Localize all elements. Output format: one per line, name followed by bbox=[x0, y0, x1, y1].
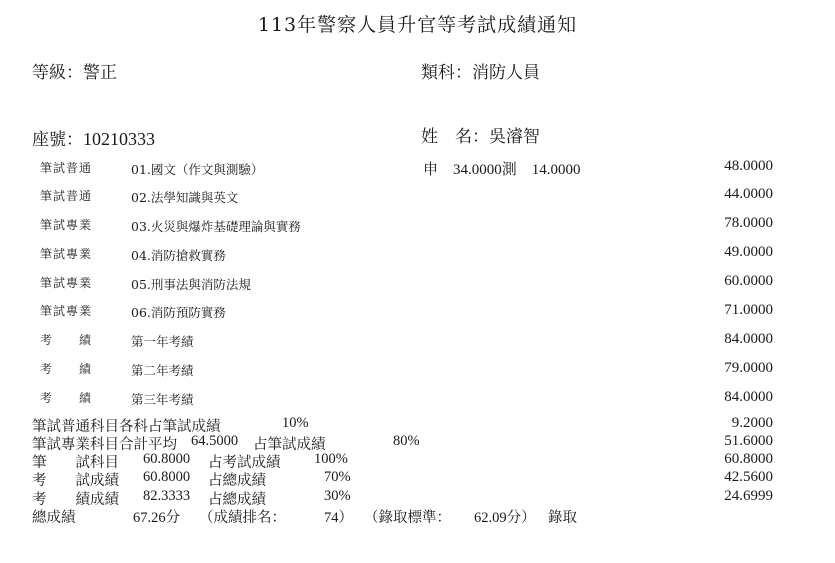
summary-score: 9.2000 bbox=[653, 415, 773, 432]
category-value: 消防人員 bbox=[472, 63, 540, 83]
rank-label: （成績排名： bbox=[199, 506, 286, 527]
summary-pct: 10% bbox=[282, 415, 309, 432]
summary-score: 51.6000 bbox=[653, 433, 773, 450]
subject-score: 60.0000 bbox=[653, 273, 773, 290]
summary-score: 60.8000 bbox=[653, 451, 773, 468]
subject-score: 79.0000 bbox=[653, 360, 773, 377]
grade-field: 等級：警正 bbox=[32, 58, 117, 83]
seat-field: 座號：10210333 bbox=[32, 125, 155, 150]
subject-category: 考 績 bbox=[40, 331, 92, 348]
summary-pct: 30% bbox=[324, 488, 351, 505]
subject-name: 05.刑事法與消防法規 bbox=[131, 275, 251, 293]
subject-name: 第一年考績 bbox=[131, 332, 194, 350]
page-title: 113年警察人員升官等考試成績通知 bbox=[0, 10, 835, 37]
name-label: 姓 名： bbox=[421, 127, 489, 147]
subject-category: 考 績 bbox=[40, 389, 92, 406]
summary-label: 考 試成績 bbox=[32, 469, 119, 490]
subject-name: 02.法學知識與英文 bbox=[131, 188, 238, 206]
subject-name: 04.消防搶救實務 bbox=[131, 246, 226, 264]
total-label: 總成績 bbox=[32, 506, 76, 527]
subject-score: 44.0000 bbox=[653, 186, 773, 203]
category-label: 類科： bbox=[421, 63, 472, 83]
total-score: 67.26分 bbox=[133, 506, 180, 527]
standard-label: （錄取標準： bbox=[364, 506, 451, 527]
subject-score: 78.0000 bbox=[653, 215, 773, 232]
summary-pct: 70% bbox=[324, 469, 351, 486]
summary-value: 60.8000 bbox=[143, 451, 190, 468]
subject-score: 84.0000 bbox=[653, 331, 773, 348]
subject-name: 第二年考績 bbox=[131, 361, 194, 379]
seat-value: 10210333 bbox=[83, 129, 155, 149]
subject-category: 筆試專業 bbox=[40, 245, 92, 262]
seat-label: 座號： bbox=[32, 130, 83, 150]
summary-value: 64.5000 bbox=[191, 433, 238, 450]
summary-score: 24.6999 bbox=[653, 488, 773, 505]
subject-score: 84.0000 bbox=[653, 389, 773, 406]
rank-value: 74） bbox=[324, 506, 353, 527]
admission-result: 錄取 bbox=[548, 506, 577, 527]
subject-category: 筆試專業 bbox=[40, 216, 92, 233]
summary-pct: 80% bbox=[393, 433, 420, 450]
subject-name: 第三年考績 bbox=[131, 390, 194, 408]
subject-category: 筆試專業 bbox=[40, 274, 92, 291]
subject-detail: 申 34.0000測 14.0000 bbox=[423, 158, 581, 179]
category-field: 類科：消防人員 bbox=[421, 58, 540, 83]
subject-category: 考 績 bbox=[40, 360, 92, 377]
grade-value: 警正 bbox=[83, 63, 117, 83]
subject-category: 筆試普通 bbox=[40, 159, 92, 176]
subject-score: 49.0000 bbox=[653, 244, 773, 261]
summary-value: 60.8000 bbox=[143, 469, 190, 486]
subject-name: 01.國文（作文與測驗） bbox=[131, 160, 263, 178]
subject-category: 筆試普通 bbox=[40, 187, 92, 204]
subject-score: 71.0000 bbox=[653, 302, 773, 319]
summary-pct: 100% bbox=[314, 451, 348, 468]
subject-score: 48.0000 bbox=[653, 158, 773, 175]
subject-category: 筆試專業 bbox=[40, 302, 92, 319]
summary-score: 42.5600 bbox=[653, 469, 773, 486]
name-value: 吳濬智 bbox=[489, 127, 540, 147]
subject-name: 06.消防預防實務 bbox=[131, 303, 226, 321]
grade-label: 等級： bbox=[32, 63, 83, 83]
summary-value: 82.3333 bbox=[143, 488, 190, 505]
summary-pct-label: 占總成績 bbox=[208, 469, 266, 490]
subject-name: 03.火災與爆炸基礎理論與實務 bbox=[131, 217, 301, 235]
standard-value: 62.09分） bbox=[474, 506, 536, 527]
name-field: 姓 名：吳濬智 bbox=[421, 122, 540, 147]
